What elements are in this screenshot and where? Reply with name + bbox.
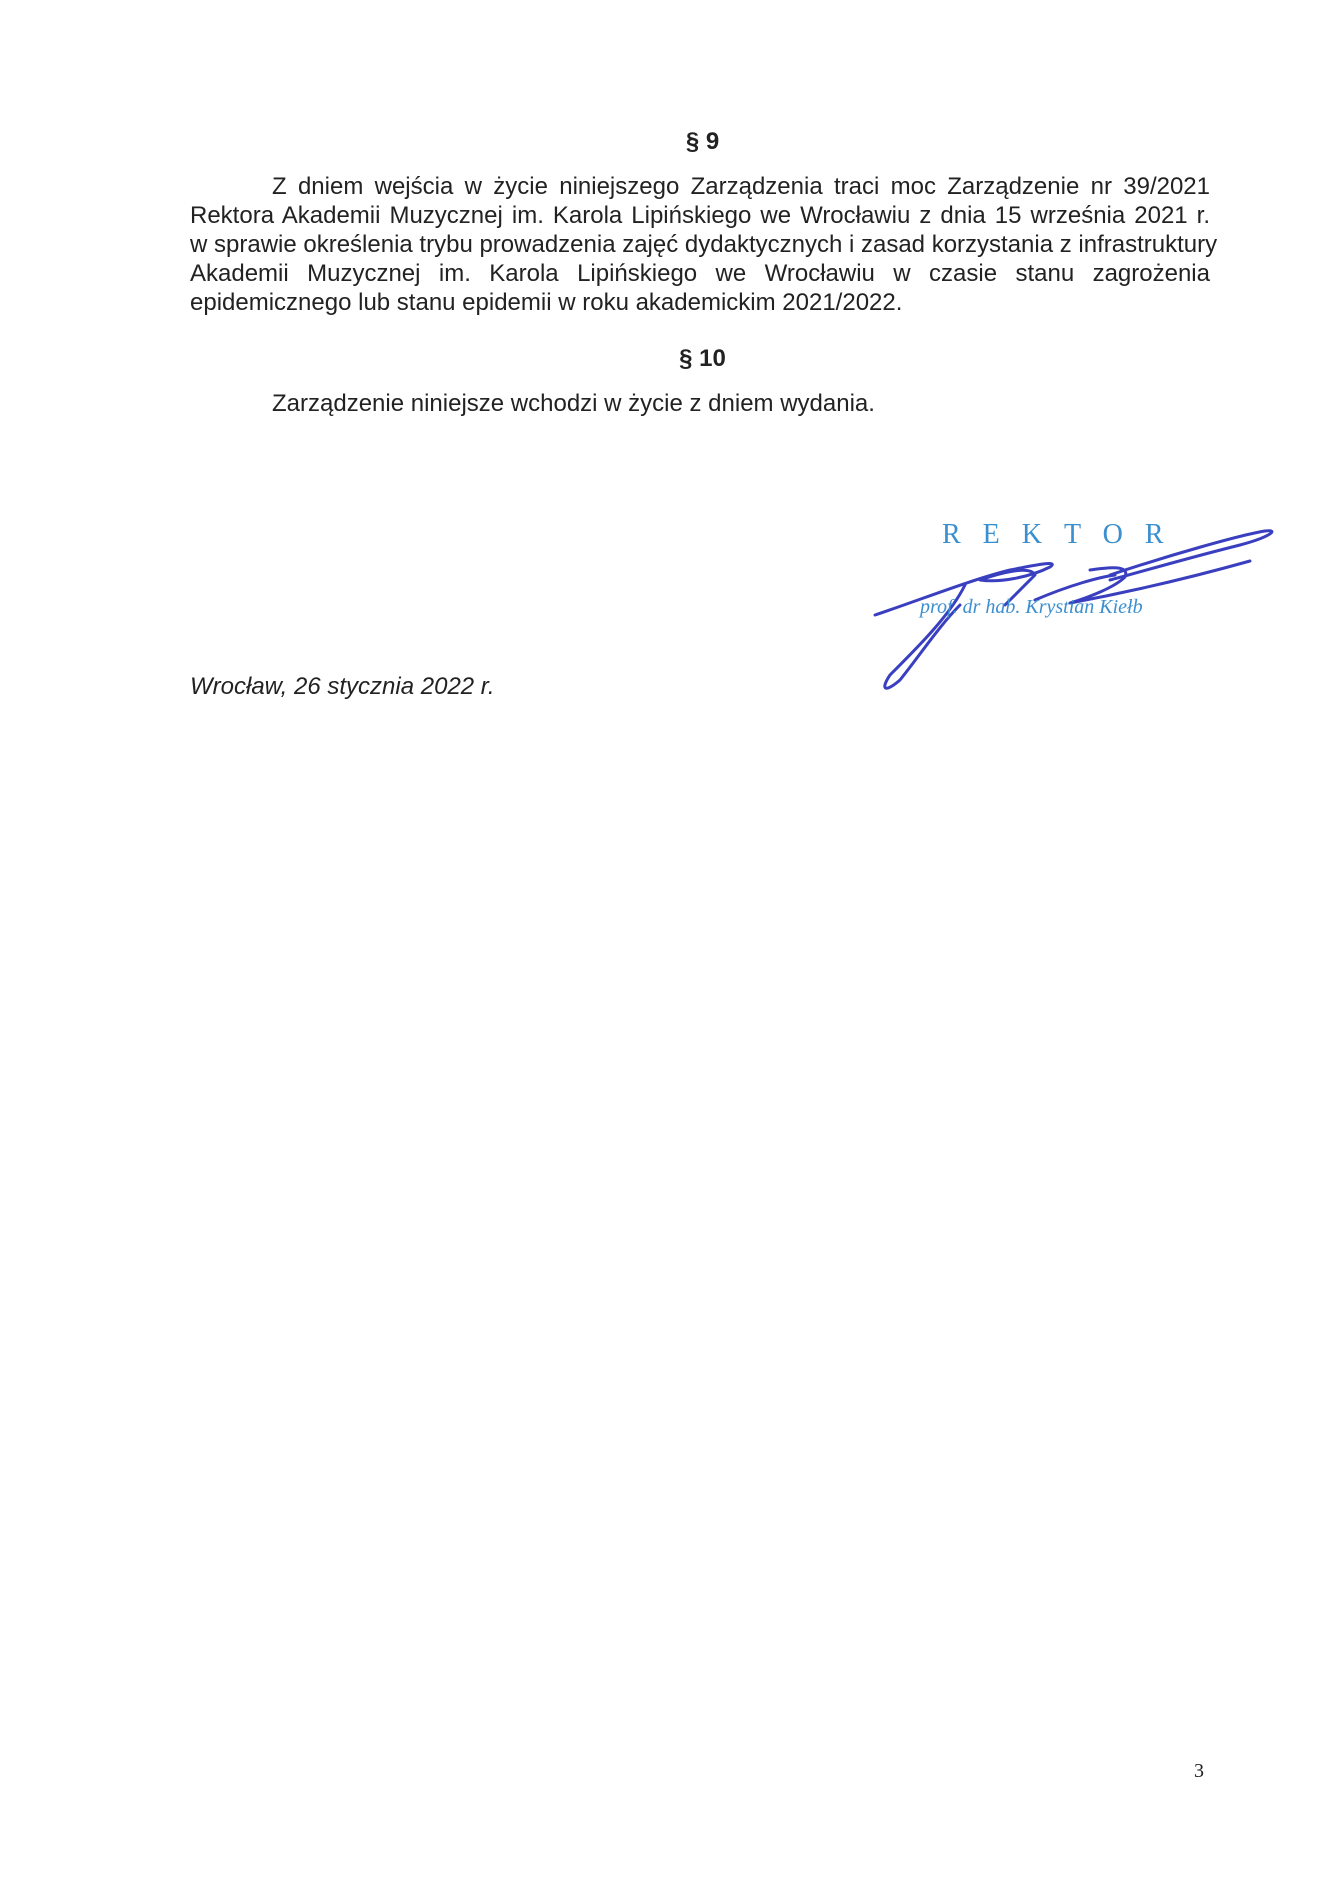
- section-9-heading: § 9: [0, 128, 1320, 156]
- paragraph-line: Zarządzenie niniejsze wchodzi w życie z …: [190, 389, 1210, 418]
- paragraph-line: Akademii Muzycznej im. Karola Lipińskieg…: [190, 259, 1210, 288]
- page-number: 3: [1194, 1760, 1204, 1783]
- paragraph-line: epidemicznego lub stanu epidemii w roku …: [190, 288, 1210, 317]
- paragraph-line: Z dniem wejścia w życie niniejszego Zarz…: [190, 172, 1210, 201]
- section-10-paragraph: Zarządzenie niniejsze wchodzi w życie z …: [190, 389, 1210, 418]
- signature-block: REKTOR prof. dr hab. Krystian Kiełb: [860, 505, 1280, 705]
- paragraph-line: Rektora Akademii Muzycznej im. Karola Li…: [190, 201, 1210, 230]
- date-place: Wrocław, 26 stycznia 2022 r.: [190, 673, 495, 701]
- section-9-paragraph: Z dniem wejścia w życie niniejszego Zarz…: [190, 172, 1210, 317]
- signatory-name: prof. dr hab. Krystian Kiełb: [920, 596, 1143, 619]
- paragraph-line: w sprawie określenia trybu prowadzenia z…: [190, 230, 1210, 259]
- section-10-heading: § 10: [0, 345, 1320, 373]
